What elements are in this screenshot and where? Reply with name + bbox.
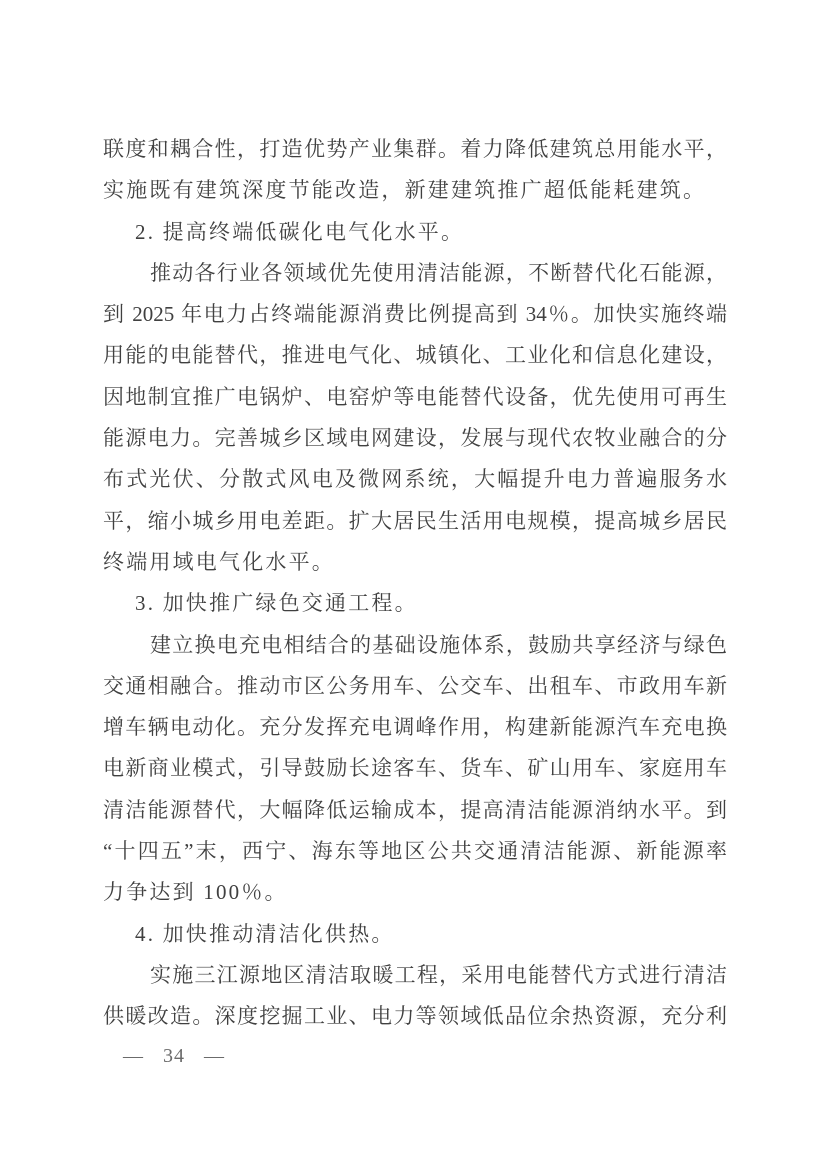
text-block: 联度和耦合性，打造优势产业集群。着力降低建筑总用能水平， 实施既有建筑深度节能改… xyxy=(103,129,727,1038)
numbered-heading-2: 2. 提高终端低碳化电气化水平。 xyxy=(103,212,727,253)
text-line: 终端用域电气化水平。 xyxy=(103,542,727,583)
numbered-heading-4: 4. 加快推动清洁化供热。 xyxy=(103,914,727,955)
text-line: 能源电力。完善城乡区域电网建设，发展与现代农牧业融合的分 xyxy=(103,418,727,459)
page-number: — 34 — xyxy=(123,1041,225,1071)
text-line: 实施三江源地区清洁取暖工程，采用电能替代方式进行清洁 xyxy=(103,955,727,996)
text-line: 增车辆电动化。充分发挥充电调峰作用，构建新能源汽车充电换 xyxy=(103,707,727,748)
text-line: 联度和耦合性，打造优势产业集群。着力降低建筑总用能水平， xyxy=(103,129,727,170)
document-page: 联度和耦合性，打造优势产业集群。着力降低建筑总用能水平， 实施既有建筑深度节能改… xyxy=(0,0,827,1169)
text-line: 交通相融合。推动市区公务用车、公交车、出租车、市政用车新 xyxy=(103,666,727,707)
text-line: 推动各行业各领域优先使用清洁能源，不断替代化石能源， xyxy=(103,253,727,294)
text-line: 实施既有建筑深度节能改造，新建建筑推广超低能耗建筑。 xyxy=(103,170,727,211)
text-line: “十四五”末，西宁、海东等地区公共交通清洁能源、新能源率 xyxy=(103,831,727,872)
text-line: 清洁能源替代，大幅降低运输成本，提高清洁能源消纳水平。到 xyxy=(103,790,727,831)
text-line: 供暖改造。深度挖掘工业、电力等领域低品位余热资源，充分利 xyxy=(103,996,727,1037)
text-line: 电新商业模式，引导鼓励长途客车、货车、矿山用车、家庭用车 xyxy=(103,748,727,789)
text-line: 因地制宜推广电锅炉、电窑炉等电能替代设备，优先使用可再生 xyxy=(103,377,727,418)
text-line: 用能的电能替代，推进电气化、城镇化、工业化和信息化建设， xyxy=(103,335,727,376)
text-line: 建立换电充电相结合的基础设施体系，鼓励共享经济与绿色 xyxy=(103,625,727,666)
text-line: 平，缩小城乡用电差距。扩大居民生活用电规模，提高城乡居民 xyxy=(103,501,727,542)
numbered-heading-3: 3. 加快推广绿色交通工程。 xyxy=(103,583,727,624)
text-line: 布式光伏、分散式风电及微网系统，大幅提升电力普遍服务水 xyxy=(103,459,727,500)
text-line: 力争达到 100％。 xyxy=(103,872,727,913)
text-line: 到 2025 年电力占终端能源消费比例提高到 34％。加快实施终端 xyxy=(103,294,727,335)
